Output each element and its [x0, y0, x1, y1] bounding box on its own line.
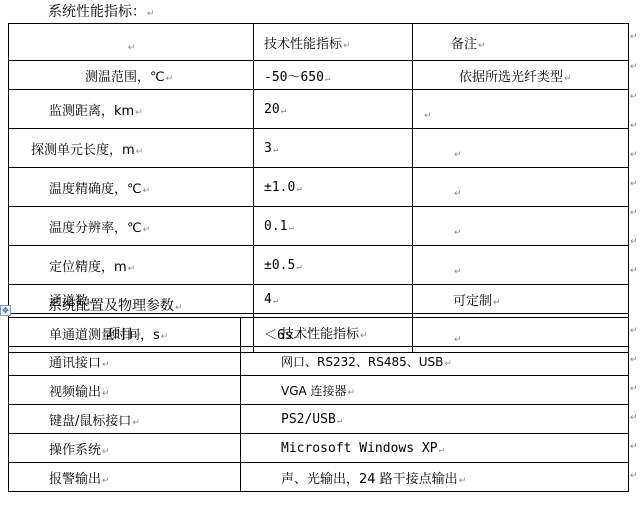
paragraph-mark-icon: ↵: [439, 445, 444, 455]
paragraph-mark-icon: ↵: [102, 360, 110, 370]
note-cell[interactable]: ↵: [413, 168, 629, 207]
row-end-mark-icon: ↵: [630, 62, 638, 72]
header-cell-item[interactable]: ↵: [9, 24, 254, 61]
row-end-mark-icon: ↵: [630, 179, 638, 189]
item-cell[interactable]: 温度精确度，℃↵: [9, 168, 254, 207]
value-cell[interactable]: Microsoft Windows XP↵: [241, 434, 629, 463]
table-row: 温度精确度，℃↵ ±1.0↵ ↵: [9, 168, 629, 207]
item-label: 温度精确度，℃: [49, 182, 142, 197]
row-end-mark-icon: ↵: [630, 266, 638, 276]
paragraph-mark-icon: ↵: [337, 416, 342, 426]
item-label: 测温范围，℃: [85, 70, 165, 85]
note-cell[interactable]: 依据所选光纤类型↵: [413, 61, 629, 90]
header-label: 项目: [107, 327, 133, 342]
row-end-mark-icon: ↵: [630, 326, 638, 336]
paragraph-mark-icon: ↵: [143, 186, 151, 196]
note-cell[interactable]: 可定制↵: [413, 285, 629, 314]
item-label: 监测距离，km: [49, 104, 134, 119]
value-cell[interactable]: -50～650↵: [254, 61, 413, 90]
item-label: 报警输出: [49, 472, 101, 487]
row-end-mark-icon: ↵: [630, 413, 638, 423]
config-table: 项目↵ 技术性能指标↵ 通讯接口↵ 网口、RS232、RS485、USB↵ 视频…: [8, 317, 629, 492]
item-label: 通讯接口: [49, 356, 101, 371]
note-text: 依据所选光纤类型: [459, 70, 563, 85]
item-label: 键盘/鼠标接口: [49, 414, 131, 429]
paragraph-mark-icon: ↵: [454, 267, 462, 277]
paragraph-mark-icon: ↵: [175, 303, 183, 313]
section2-title-text: 系统配置及物理参数: [48, 298, 174, 314]
paragraph-mark-icon: ↵: [136, 147, 144, 157]
item-label: 视频输出: [49, 385, 101, 400]
row-end-mark-icon: ↵: [630, 471, 638, 481]
value-cell[interactable]: PS2/USB↵: [241, 405, 629, 434]
value-cell[interactable]: ±1.0↵: [254, 168, 413, 207]
paragraph-mark-icon: ↵: [288, 223, 293, 233]
paragraph-mark-icon: ↵: [102, 447, 110, 457]
table-row: 定位精度，m↵ ±0.5↵ ↵: [9, 246, 629, 285]
item-cell[interactable]: 操作系统↵: [9, 434, 241, 463]
paragraph-mark-icon: ↵: [102, 476, 110, 486]
value-text: 20: [264, 102, 280, 117]
item-cell[interactable]: 探测单元长度，m↵: [9, 129, 254, 168]
table-row: 操作系统↵ Microsoft Windows XP↵: [9, 434, 629, 463]
row-end-mark-icon: ↵: [630, 384, 638, 394]
row-end-mark-icon: ↵: [630, 121, 638, 131]
note-cell[interactable]: ↵: [413, 207, 629, 246]
value-text: 0.1: [264, 219, 287, 234]
paragraph-mark-icon: ↵: [134, 331, 142, 341]
row-end-mark-icon: ↵: [630, 32, 638, 42]
value-text: ±0.5: [264, 258, 295, 273]
paragraph-mark-icon: ↵: [454, 228, 462, 238]
paragraph-mark-icon: ↵: [296, 184, 301, 194]
paragraph-mark-icon: ↵: [459, 476, 467, 486]
item-cell[interactable]: 监测距离，km↵: [9, 90, 254, 129]
value-cell[interactable]: 声、光输出，24 路干接点输出↵: [241, 463, 629, 492]
value-text: -50～650: [264, 70, 324, 85]
value-cell[interactable]: ±0.5↵: [254, 246, 413, 285]
value-cell[interactable]: 20↵: [254, 90, 413, 129]
item-label: 探测单元长度，m: [31, 143, 135, 158]
value-text: 网口、RS232、RS485、USB: [281, 355, 443, 369]
row-end-mark-icon: ↵: [630, 92, 638, 102]
note-cell[interactable]: ↵: [413, 129, 629, 168]
row-end-mark-icon: ↵: [630, 150, 638, 160]
table-row: 报警输出↵ 声、光输出，24 路干接点输出↵: [9, 463, 629, 492]
paragraph-mark-icon: ↵: [128, 264, 136, 274]
value-text: Microsoft Windows XP: [281, 441, 438, 456]
note-text: 可定制: [453, 294, 492, 309]
section1-title: 系统性能指标：↵: [48, 4, 155, 22]
table-move-handle-icon[interactable]: ✥: [0, 305, 11, 316]
row-end-mark-icon: ↵: [630, 208, 638, 218]
item-cell[interactable]: 测温范围，℃↵: [9, 61, 254, 90]
item-cell[interactable]: 视频输出↵: [9, 376, 241, 405]
value-cell[interactable]: VGA 连接器↵: [241, 376, 629, 405]
header-label: 技术性能指标: [281, 327, 359, 342]
item-label: 温度分辨率，℃: [49, 221, 142, 236]
value-text: PS2/USB: [281, 412, 336, 427]
paragraph-mark-icon: ↵: [128, 43, 136, 53]
paragraph-mark-icon: ↵: [444, 359, 452, 369]
table-row: 温度分辨率，℃↵ 0.1↵ ↵: [9, 207, 629, 246]
paragraph-mark-icon: ↵: [281, 106, 286, 116]
paragraph-mark-icon: ↵: [564, 74, 572, 84]
value-cell[interactable]: 3↵: [254, 129, 413, 168]
note-cell[interactable]: ↵: [413, 90, 629, 129]
value-cell[interactable]: 4↵: [254, 285, 413, 314]
paragraph-mark-icon: ↵: [273, 145, 278, 155]
item-label: 定位精度，m: [49, 260, 127, 275]
item-cell[interactable]: 温度分辨率，℃↵: [9, 207, 254, 246]
header-cell-note[interactable]: 备注↵: [413, 24, 629, 61]
item-cell[interactable]: 定位精度，m↵: [9, 246, 254, 285]
item-cell[interactable]: 报警输出↵: [9, 463, 241, 492]
table-header-row: ↵ 技术性能指标↵ 备注↵: [9, 24, 629, 61]
item-label: 操作系统: [49, 443, 101, 458]
paragraph-mark-icon: ↵: [478, 41, 486, 51]
paragraph-mark-icon: ↵: [147, 9, 155, 19]
note-cell[interactable]: ↵: [413, 246, 629, 285]
value-text: ±1.0: [264, 180, 295, 195]
row-end-mark-icon: ↵: [630, 237, 638, 247]
paragraph-mark-icon: ↵: [132, 418, 140, 428]
item-cell[interactable]: 通讯接口↵: [9, 347, 241, 376]
paragraph-mark-icon: ↵: [493, 298, 501, 308]
paragraph-mark-icon: ↵: [273, 296, 278, 306]
item-cell[interactable]: 键盘/鼠标接口↵: [9, 405, 241, 434]
paragraph-mark-icon: ↵: [296, 262, 301, 272]
header-label: 技术性能指标: [264, 37, 342, 52]
row-end-mark-icon: ↵: [630, 355, 638, 365]
paragraph-mark-icon: ↵: [454, 150, 462, 160]
header-label: 备注: [451, 37, 477, 52]
table-row: 监测距离，km↵ 20↵ ↵: [9, 90, 629, 129]
paragraph-mark-icon: ↵: [343, 41, 351, 51]
paragraph-mark-icon: ↵: [166, 74, 174, 84]
paragraph-mark-icon: ↵: [102, 389, 110, 399]
header-cell-spec[interactable]: 技术性能指标↵: [241, 318, 629, 347]
paragraph-mark-icon: ↵: [135, 108, 143, 118]
table-row: 键盘/鼠标接口↵ PS2/USB↵: [9, 405, 629, 434]
paragraph-mark-icon: ↵: [143, 225, 151, 235]
section2-title: 系统配置及物理参数↵: [48, 298, 183, 316]
value-cell[interactable]: 0.1↵: [254, 207, 413, 246]
paragraph-mark-icon: ↵: [325, 74, 330, 84]
value-cell[interactable]: 网口、RS232、RS485、USB↵: [241, 347, 629, 376]
table-row: 探测单元长度，m↵ 3↵ ↵: [9, 129, 629, 168]
section1-title-text: 系统性能指标：: [48, 4, 146, 20]
header-cell-item[interactable]: 项目↵: [9, 318, 241, 347]
table-header-row: 项目↵ 技术性能指标↵: [9, 318, 629, 347]
header-cell-spec[interactable]: 技术性能指标↵: [254, 24, 413, 61]
value-text: 4: [264, 292, 272, 307]
paragraph-mark-icon: ↵: [424, 111, 432, 121]
value-text: 3: [264, 141, 272, 156]
row-end-mark-icon: ↵: [630, 442, 638, 452]
table-row: 通讯接口↵ 网口、RS232、RS485、USB↵: [9, 347, 629, 376]
paragraph-mark-icon: ↵: [454, 189, 462, 199]
paragraph-mark-icon: ↵: [348, 388, 356, 398]
value-text: 声、光输出，24 路干接点输出: [281, 472, 458, 487]
table-row: 视频输出↵ VGA 连接器↵: [9, 376, 629, 405]
paragraph-mark-icon: ↵: [360, 331, 368, 341]
value-text: VGA 连接器: [281, 384, 347, 398]
table-row: 测温范围，℃↵ -50～650↵ 依据所选光纤类型↵: [9, 61, 629, 90]
